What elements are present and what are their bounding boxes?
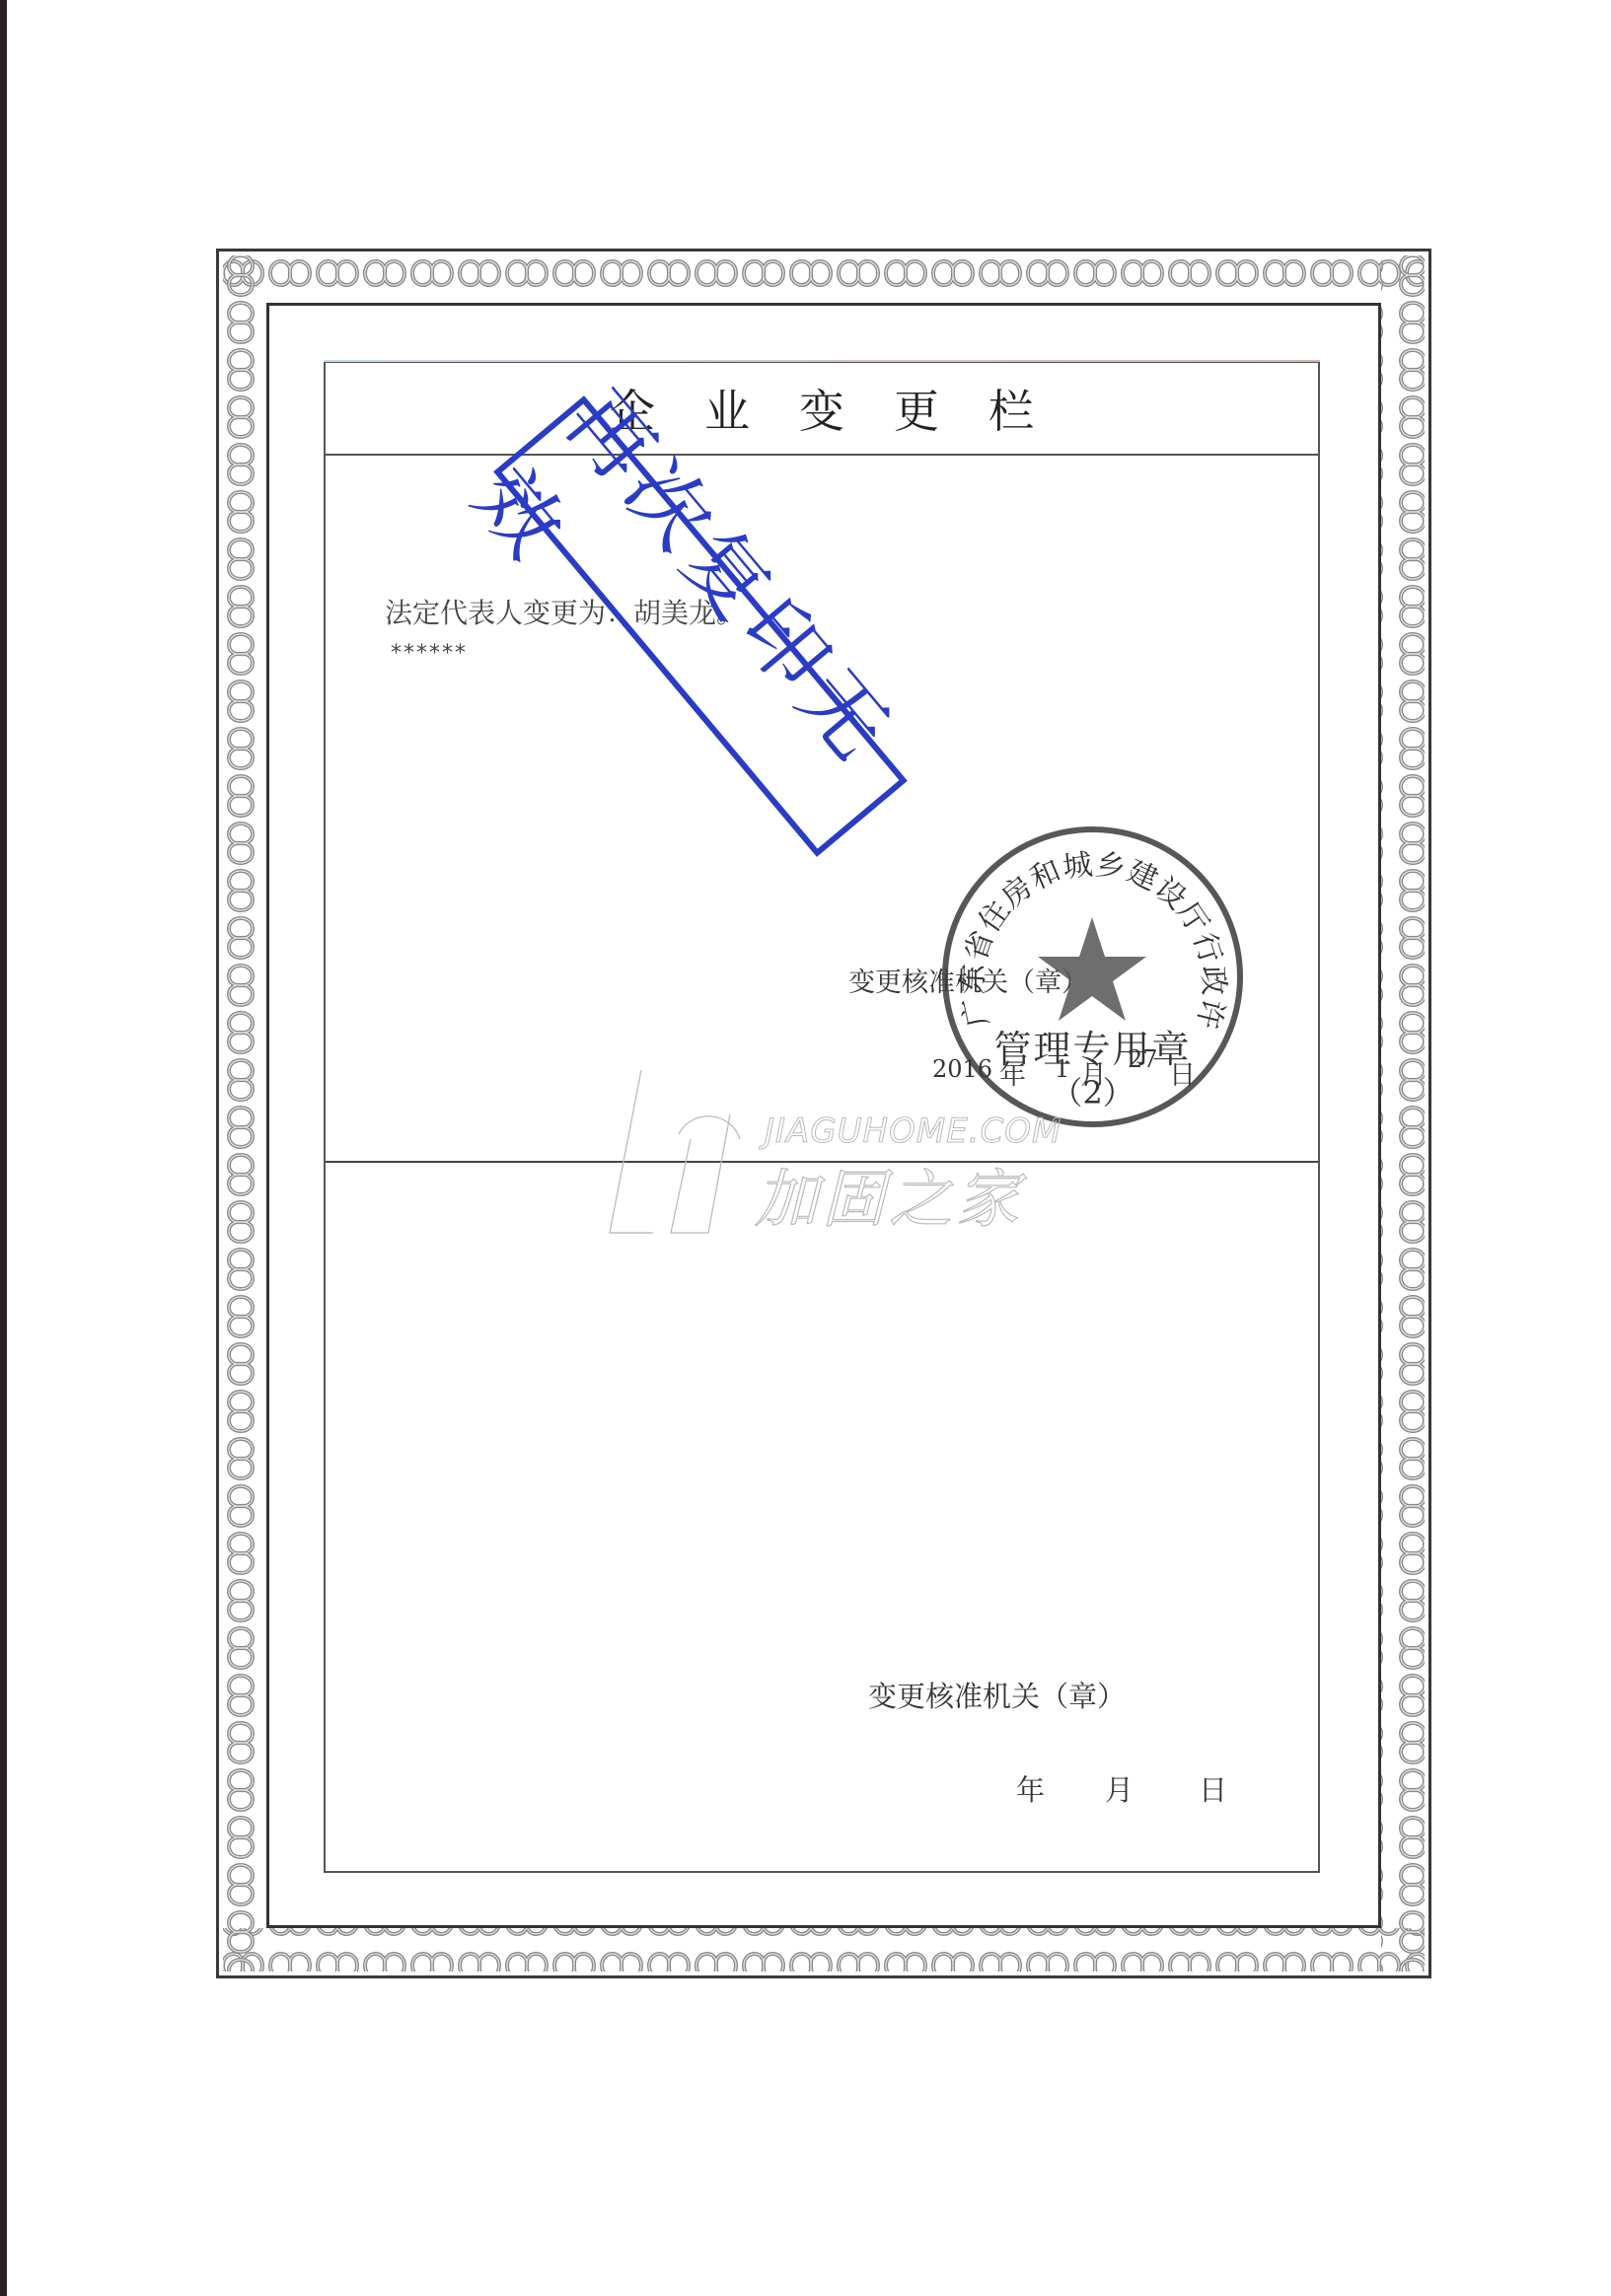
table-header-row: 企业变更栏 — [326, 363, 1318, 456]
svg-text:广东省住房和城乡建设厅行政许可事项: 广东省住房和城乡建设厅行政许可事项 — [942, 826, 1230, 1033]
date-year-unit: 年 — [1016, 1768, 1045, 1809]
official-seal: 广东省住房和城乡建设厅行政许可事项 管理专用章 （2） — [942, 826, 1243, 1127]
entry-divider — [326, 1161, 1318, 1163]
seal-number: （2） — [942, 1068, 1243, 1113]
masked-text: ****** — [391, 641, 468, 666]
date-day-unit: 日 — [1199, 1768, 1227, 1809]
seal-bottom-text: 管理专用章 — [942, 1019, 1243, 1073]
star-icon — [1038, 917, 1146, 1021]
scan-color-fringe — [324, 360, 1320, 362]
scan-edge-shadow — [0, 0, 7, 2296]
seal-arc-text: 广东省住房和城乡建设厅行政许可事项 — [942, 826, 1230, 1033]
approval-authority-label: 变更核准机关（章） — [868, 1675, 1126, 1715]
date-month-unit: 月 — [1105, 1768, 1134, 1809]
